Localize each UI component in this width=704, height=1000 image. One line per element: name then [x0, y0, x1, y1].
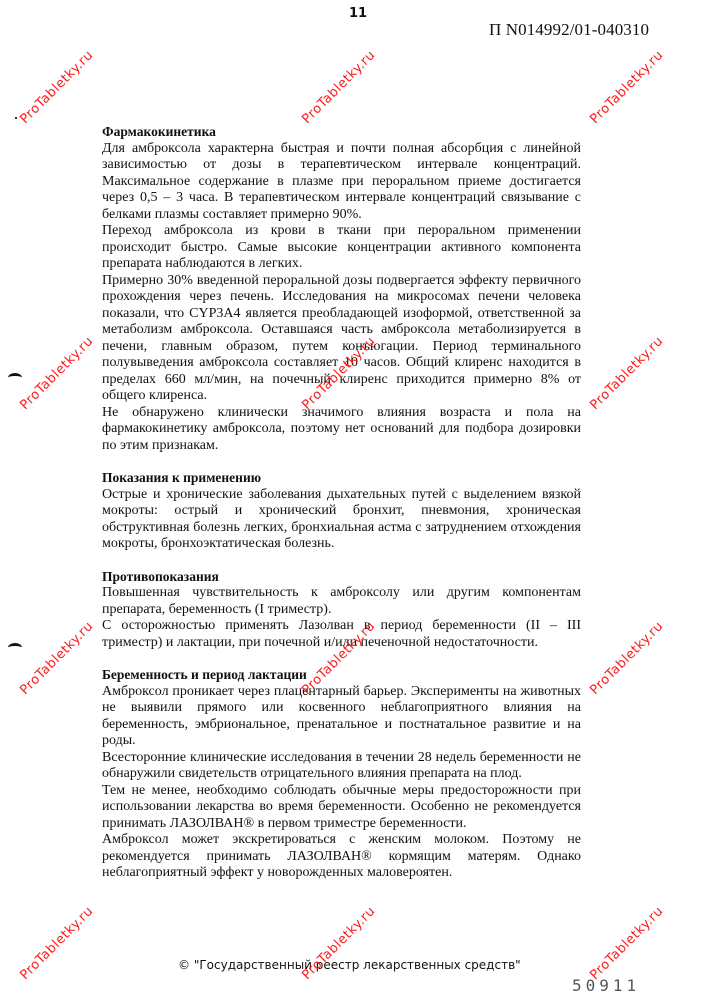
section-title: Противопоказания — [102, 569, 581, 586]
watermark: ProTabletky.ru — [587, 334, 666, 413]
watermark: ProTabletky.ru — [17, 334, 96, 413]
paragraph: Тем не менее, необходимо соблюдать обычн… — [102, 783, 581, 833]
paragraph: Не обнаружено клинически значимого влиян… — [102, 405, 581, 455]
margin-punch-mark — [8, 643, 22, 652]
scan-speck — [15, 117, 17, 119]
watermark: ProTabletky.ru — [587, 48, 666, 127]
section-pregnancy-lactation: Беременность и период лактации Амброксол… — [102, 667, 581, 882]
section-pharmacokinetics: Фармакокинетика Для амброксола характерн… — [102, 124, 581, 454]
footer-stamp-number: 50911 — [572, 976, 640, 995]
section-title: Беременность и период лактации — [102, 667, 581, 684]
paragraph: Для амброксола характерна быстрая и почт… — [102, 141, 581, 224]
watermark: ProTabletky.ru — [17, 904, 96, 983]
paragraph: Примерно 30% введенной пероральной дозы … — [102, 273, 581, 405]
margin-punch-mark — [8, 373, 22, 382]
paragraph: Повышенная чувствительность к амброксолу… — [102, 585, 581, 618]
section-contraindications: Противопоказания Повышенная чувствительн… — [102, 569, 581, 652]
section-indications: Показания к применению Острые и хроничес… — [102, 470, 581, 553]
paragraph: Острые и хронические заболевания дыхател… — [102, 487, 581, 553]
paragraph: Амброксол проникает через плацентарный б… — [102, 684, 581, 750]
section-title: Показания к применению — [102, 470, 581, 487]
page-number: 11 — [349, 6, 367, 21]
paragraph: С осторожностью применять Лазолван в пер… — [102, 618, 581, 651]
watermark: ProTabletky.ru — [17, 619, 96, 698]
document-id: П N014992/01-040310 — [489, 20, 649, 40]
section-title: Фармакокинетика — [102, 124, 581, 141]
paragraph: Амброксол может экскретироваться с женск… — [102, 832, 581, 882]
watermark: ProTabletky.ru — [17, 48, 96, 127]
footer-copyright: © "Государственный реестр лекарственных … — [178, 958, 521, 972]
paragraph: Всесторонние клинические исследования в … — [102, 750, 581, 783]
paragraph: Переход амброксола из крови в ткани при … — [102, 223, 581, 273]
watermark: ProTabletky.ru — [587, 904, 666, 983]
document-body: Фармакокинетика Для амброксола характерн… — [102, 124, 581, 882]
watermark: ProTabletky.ru — [587, 619, 666, 698]
watermark: ProTabletky.ru — [299, 48, 378, 127]
